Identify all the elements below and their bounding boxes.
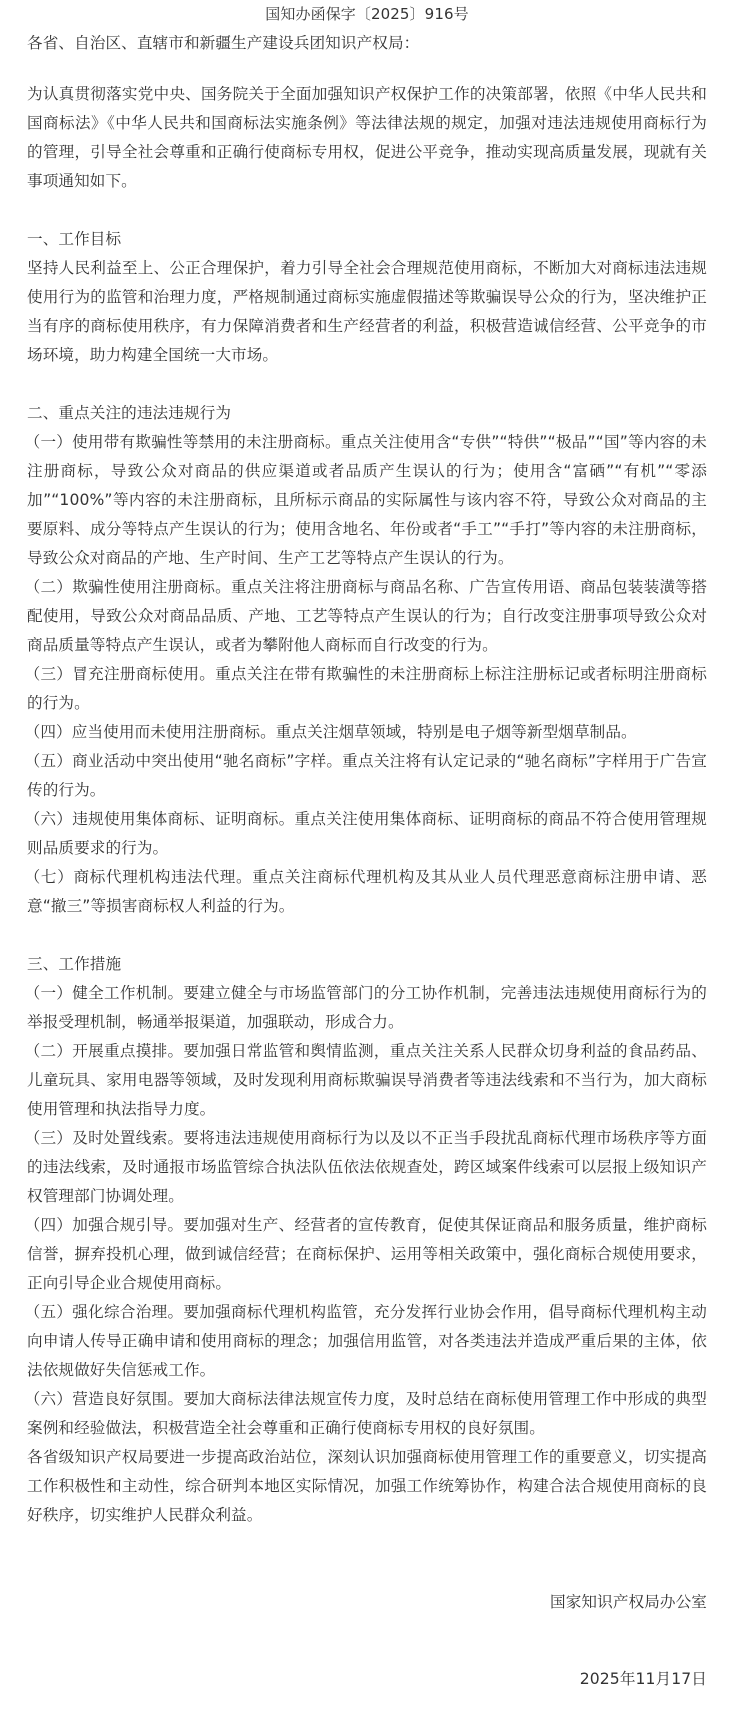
document-number: 国知办函保字〔2025〕916号 (27, 0, 707, 29)
issuer-signature: 国家知识产权局办公室 (27, 1588, 707, 1617)
list-item: （七）商标代理机构违法代理。重点关注商标代理机构及其从业人员代理恶意商标注册申请… (27, 863, 707, 921)
salutation: 各省、自治区、直辖市和新疆生产建设兵团知识产权局： (27, 29, 707, 58)
section-heading: 一、工作目标 (27, 225, 707, 254)
issue-date: 2025年11月17日 (27, 1665, 707, 1694)
spacer (27, 58, 707, 80)
section-measures: 三、工作措施 （一）健全工作机制。要建立健全与市场监管部门的分工协作机制，完善违… (27, 950, 707, 1443)
spacer (27, 196, 707, 225)
list-item: （二）欺骗性使用注册商标。重点关注将注册商标与商品名称、广告宣传用语、商品包装装… (27, 573, 707, 660)
list-item: （三）冒充注册商标使用。重点关注在带有欺骗性的未注册商标上标注注册标记或者标明注… (27, 660, 707, 718)
official-notice-document: 国知办函保字〔2025〕916号 各省、自治区、直辖市和新疆生产建设兵团知识产权… (0, 0, 729, 1694)
section-heading: 三、工作措施 (27, 950, 707, 979)
list-item: （三）及时处置线索。要将违法违规使用商标行为以及以不正当手段扰乱商标代理市场秩序… (27, 1124, 707, 1211)
list-item: （一）健全工作机制。要建立健全与市场监管部门的分工协作机制，完善违法违规使用商标… (27, 979, 707, 1037)
spacer (27, 921, 707, 950)
list-item: （四）应当使用而未使用注册商标。重点关注烟草领域，特别是电子烟等新型烟草制品。 (27, 718, 707, 747)
section-heading: 二、重点关注的违法违规行为 (27, 399, 707, 428)
section-violations: 二、重点关注的违法违规行为 （一）使用带有欺骗性等禁用的未注册商标。重点关注使用… (27, 399, 707, 921)
intro-paragraph: 为认真贯彻落实党中央、国务院关于全面加强知识产权保护工作的决策部署，依照《中华人… (27, 80, 707, 196)
list-item: （六）违规使用集体商标、证明商标。重点关注使用集体商标、证明商标的商品不符合使用… (27, 805, 707, 863)
list-item: （二）开展重点摸排。要加强日常监管和舆情监测，重点关注关系人民群众切身利益的食品… (27, 1037, 707, 1124)
list-item: （五）强化综合治理。要加强商标代理机构监管，充分发挥行业协会作用，倡导商标代理机… (27, 1298, 707, 1385)
list-item: （一）使用带有欺骗性等禁用的未注册商标。重点关注使用含“专供”“特供”“极品”“… (27, 428, 707, 573)
closing-paragraph: 各省级知识产权局要进一步提高政治站位，深刻认识加强商标使用管理工作的重要意义，切… (27, 1443, 707, 1530)
list-item: （五）商业活动中突出使用“驰名商标”字样。重点关注将有认定记录的“驰名商标”字样… (27, 747, 707, 805)
section-goals: 一、工作目标 坚持人民利益至上、公正合理保护，着力引导全社会合理规范使用商标，不… (27, 225, 707, 370)
list-item: （六）营造良好氛围。要加大商标法律法规宣传力度，及时总结在商标使用管理工作中形成… (27, 1385, 707, 1443)
section-paragraph: 坚持人民利益至上、公正合理保护，着力引导全社会合理规范使用商标，不断加大对商标违… (27, 254, 707, 370)
list-item: （四）加强合规引导。要加强对生产、经营者的宣传教育，促使其保证商品和服务质量，维… (27, 1211, 707, 1298)
spacer (27, 370, 707, 399)
